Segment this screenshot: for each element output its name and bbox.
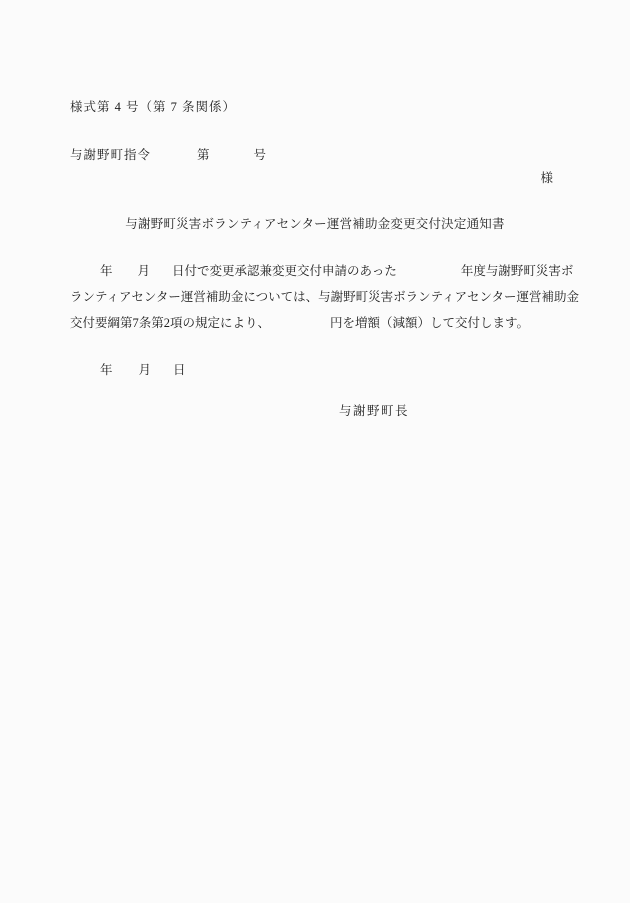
body-paragraph: 年月日付で変更承認兼変更交付申請のあった年度与謝野町災害ボ ランティアセンター運… (70, 258, 570, 336)
body-line3-before: 交付要綱第7条第2項の規定により、 (70, 316, 270, 330)
date-year-label: 年 (100, 363, 113, 377)
body-line-3: 交付要綱第7条第2項の規定により、円を増額（減額）して交付します。 (70, 310, 570, 336)
blank-indent (70, 274, 100, 275)
date-day-label: 日 (173, 363, 186, 377)
blank-date-indent (70, 373, 100, 374)
signer-title: 与謝野町長 (339, 404, 409, 419)
body-line3-after: 円を増額（減額）して交付します。 (330, 316, 529, 330)
directive-number-prefix: 第 (197, 148, 211, 162)
date-month-label: 月 (139, 363, 152, 377)
addressee-honorific: 様 (0, 171, 553, 186)
document-page: 様式第 4 号（第 7 条関係） 与謝野町指令第号 様 与謝野町災害ボランティア… (0, 0, 630, 903)
body-month-label: 月 (138, 264, 151, 278)
directive-number-suffix: 号 (254, 148, 268, 162)
blank-year-field (113, 274, 138, 275)
body-line1-fiscal: 年度与謝野町災害ボ (461, 264, 574, 278)
body-line-1: 年月日付で変更承認兼変更交付申請のあった年度与謝野町災害ボ (70, 258, 570, 284)
blank-fiscal-year-field (397, 274, 461, 275)
blank-directive-gap (151, 158, 197, 159)
blank-amount-field (270, 326, 330, 327)
document-title: 与謝野町災害ボランティアセンター運営補助金変更交付決定通知書 (0, 217, 630, 232)
body-line-2: ランティアセンター運営補助金については、与謝野町災害ボランティアセンター運営補助… (70, 284, 570, 310)
body-year-label: 年 (100, 264, 113, 278)
blank-directive-number-field (211, 158, 254, 159)
directive-number-line: 与謝野町指令第号 (70, 148, 267, 163)
blank-date-month-field (151, 373, 173, 374)
blank-date-year-field (113, 373, 139, 374)
date-line: 年月日 (70, 363, 186, 378)
blank-month-field (150, 274, 172, 275)
body-line1-text: 日付で変更承認兼変更交付申請のあった (172, 264, 397, 278)
form-number-label: 様式第 4 号（第 7 条関係） (70, 100, 236, 115)
directive-agency: 与謝野町指令 (70, 148, 151, 162)
